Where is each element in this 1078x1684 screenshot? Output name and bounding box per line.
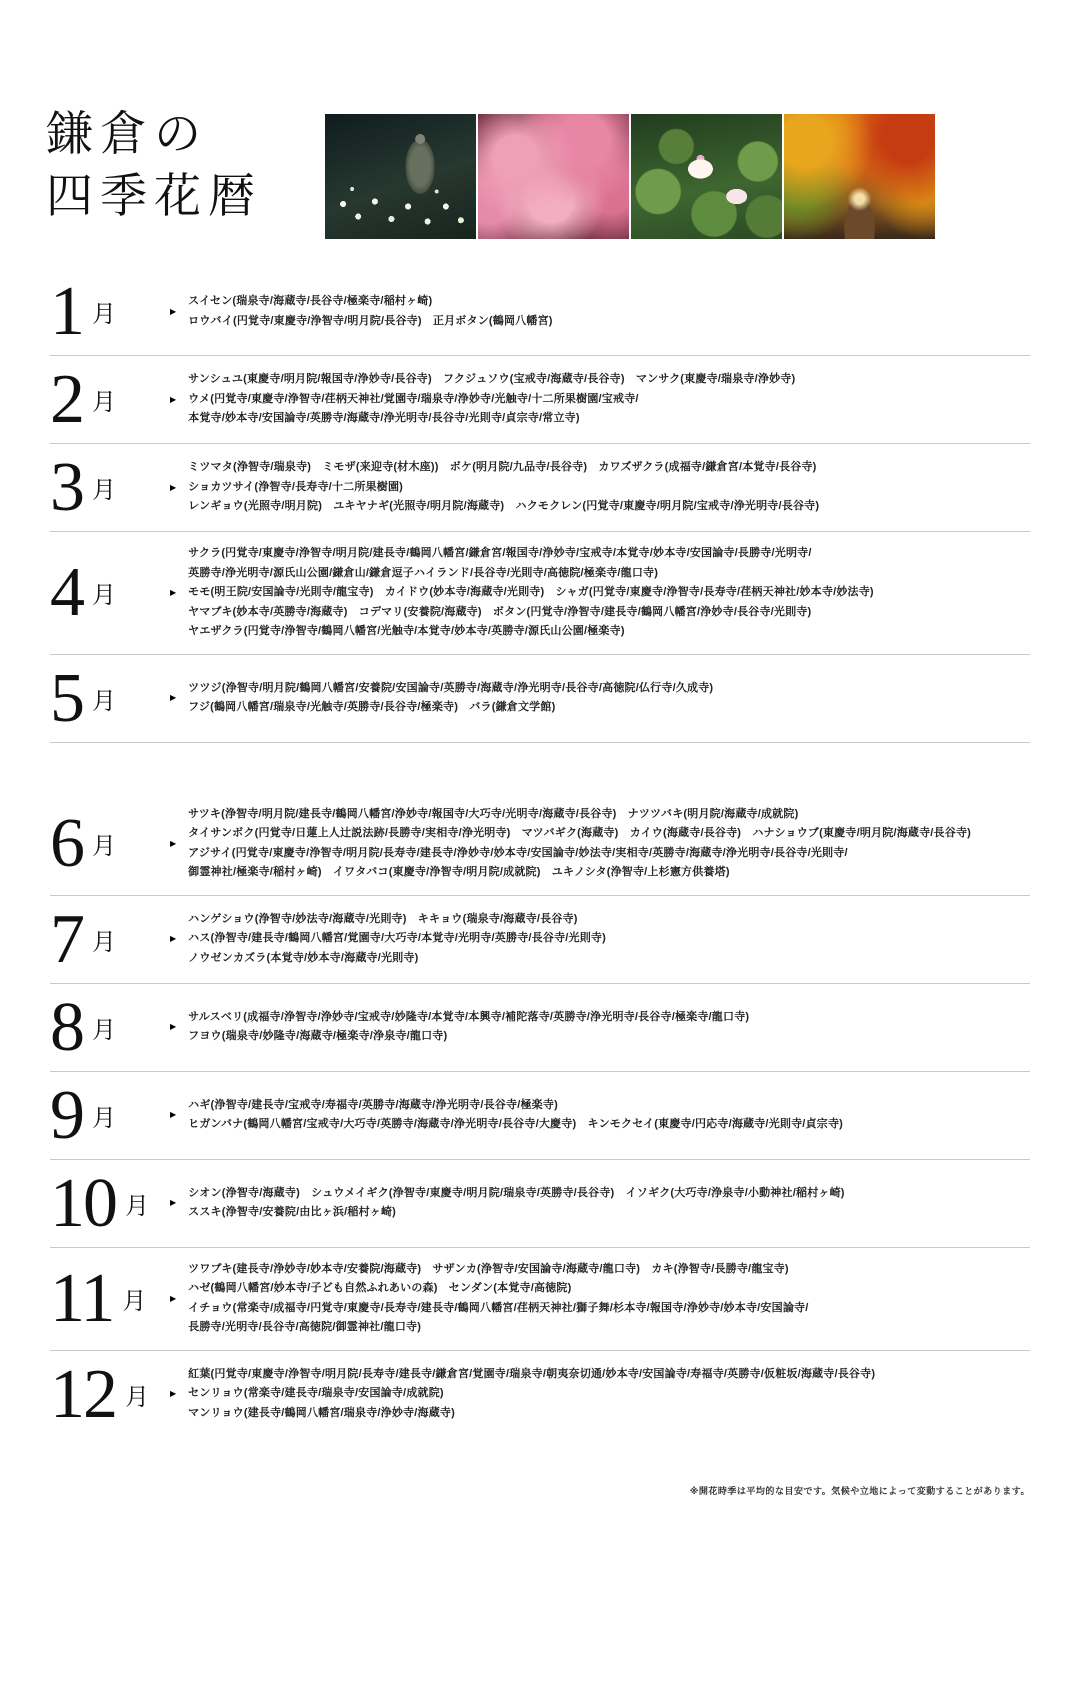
flower-line: ハス(浄智寺/建長寺/鶴岡八幡宮/覚園寺/大巧寺/本覚寺/光明寺/英勝寺/長谷寺…: [188, 929, 1030, 949]
month-number: 12: [50, 1363, 116, 1426]
month-label: 10 月: [50, 1172, 168, 1235]
month-section: 1 月 ▶ スイセン(瑞泉寺/海蔵寺/長谷寺/極楽寺/稲村ヶ崎)ロウバイ(円覚寺…: [50, 268, 1030, 355]
month-section: 11 月 ▶ ツワブキ(建長寺/浄妙寺/妙本寺/安養院/海蔵寺) サザンカ(浄智…: [50, 1247, 1030, 1350]
flower-line: サツキ(浄智寺/明月院/建長寺/鶴岡八幡宮/浄妙寺/報国寺/大巧寺/光明寺/海蔵…: [188, 805, 1030, 825]
triangle-bullet-icon: ▶: [170, 935, 176, 943]
flower-line: イチョウ(常楽寺/成福寺/円覚寺/東慶寺/長寿寺/建長寺/鶴岡八幡宮/荏柄天神社…: [188, 1299, 1030, 1319]
flower-line: センリョウ(常楽寺/建長寺/瑞泉寺/安国論寺/成就院): [188, 1384, 1030, 1404]
month-unit: 月: [92, 575, 116, 610]
photo-spring-blossoms: [478, 114, 629, 239]
triangle-bullet-icon: ▶: [170, 1111, 176, 1119]
month-number: 3: [50, 456, 83, 519]
flower-line: ショカツサイ(浄智寺/長寿寺/十二所果樹園): [188, 478, 1030, 498]
flower-lines: スイセン(瑞泉寺/海蔵寺/長谷寺/極楽寺/稲村ヶ崎)ロウバイ(円覚寺/東慶寺/浄…: [188, 292, 1030, 331]
triangle-bullet-icon: ▶: [170, 1390, 176, 1398]
flower-lines: ハギ(浄智寺/建長寺/宝戒寺/寿福寺/英勝寺/海蔵寺/浄光明寺/長谷寺/極楽寺)…: [188, 1096, 1030, 1135]
flower-lines: ミツマタ(浄智寺/瑞泉寺) ミモザ(来迎寺(材木座)) ボケ(明月院/九品寺/長…: [188, 458, 1030, 517]
flower-line: ヤマブキ(妙本寺/英勝寺/海蔵寺) コデマリ(安養院/海蔵寺) ボタン(円覚寺/…: [188, 603, 1030, 623]
month-number: 10: [50, 1172, 116, 1235]
month-number: 1: [50, 280, 83, 343]
flower-line: ノウゼンカズラ(本覚寺/妙本寺/海蔵寺/光則寺): [188, 949, 1030, 969]
month-label: 2 月: [50, 368, 168, 431]
month-label: 9 月: [50, 1084, 168, 1147]
triangle-bullet-icon: ▶: [170, 1295, 176, 1303]
flower-line: 紅葉(円覚寺/東慶寺/浄智寺/明月院/長寿寺/建長寺/鎌倉宮/覚園寺/瑞泉寺/朝…: [188, 1365, 1030, 1385]
month-section: 8 月 ▶ サルスベリ(成福寺/浄智寺/浄妙寺/宝戒寺/妙隆寺/本覚寺/本興寺/…: [50, 983, 1030, 1071]
month-unit: 月: [92, 382, 116, 417]
month-number: 9: [50, 1084, 83, 1147]
page-title-line1: 鎌倉の: [46, 109, 208, 161]
flower-line: ロウバイ(円覚寺/東慶寺/浄智寺/明月院/長谷寺) 正月ボタン(鶴岡八幡宮): [188, 312, 1030, 332]
month-number: 8: [50, 996, 83, 1059]
page-title: 鎌倉の四季花暦: [46, 104, 262, 228]
month-unit: 月: [92, 1010, 116, 1045]
flower-lines: サンシュユ(東慶寺/明月院/報国寺/浄妙寺/長谷寺) フクジュソウ(宝戒寺/海蔵…: [188, 370, 1030, 429]
month-number: 5: [50, 667, 83, 730]
flower-line: 本覚寺/妙本寺/安国論寺/英勝寺/海蔵寺/浄光明寺/長谷寺/光則寺/貞宗寺/常立…: [188, 409, 1030, 429]
flower-lines: ツツジ(浄智寺/明月院/鶴岡八幡宮/安養院/安国論寺/英勝寺/海蔵寺/浄光明寺/…: [188, 679, 1030, 718]
month-section: 4 月 ▶ サクラ(円覚寺/東慶寺/浄智寺/明月院/建長寺/鶴岡八幡宮/鎌倉宮/…: [50, 531, 1030, 654]
flower-line: 御霊神社/極楽寺/稲村ヶ崎) イワタバコ(東慶寺/浄智寺/明月院/成就院) ユキ…: [188, 863, 1030, 883]
flower-line: シオン(浄智寺/海蔵寺) シュウメイギク(浄智寺/東慶寺/明月院/瑞泉寺/英勝寺…: [188, 1184, 1030, 1204]
flower-line: フジ(鶴岡八幡宮/瑞泉寺/光触寺/英勝寺/長谷寺/極楽寺) バラ(鎌倉文学館): [188, 698, 1030, 718]
photo-winter-narcissus: [325, 114, 476, 239]
flower-line: レンギョウ(光照寺/明月院) ユキヤナギ(光照寺/明月院/海蔵寺) ハクモクレン…: [188, 497, 1030, 517]
month-unit: 月: [92, 470, 116, 505]
month-label: 1 月: [50, 280, 168, 343]
page-title-line2: 四季花暦: [46, 171, 262, 223]
triangle-bullet-icon: ▶: [170, 694, 176, 702]
month-section: 5 月 ▶ ツツジ(浄智寺/明月院/鶴岡八幡宮/安養院/安国論寺/英勝寺/海蔵寺…: [50, 654, 1030, 742]
month-unit: 月: [92, 681, 116, 716]
flower-line: アジサイ(円覚寺/東慶寺/浄智寺/明月院/長寿寺/建長寺/浄妙寺/妙本寺/安国論…: [188, 844, 1030, 864]
triangle-bullet-icon: ▶: [170, 1199, 176, 1207]
flower-line: サルスベリ(成福寺/浄智寺/浄妙寺/宝戒寺/妙隆寺/本覚寺/本興寺/補陀落寺/英…: [188, 1008, 1030, 1028]
month-unit: 月: [125, 1186, 149, 1221]
triangle-bullet-icon: ▶: [170, 589, 176, 597]
month-unit: 月: [92, 826, 116, 861]
month-number: 7: [50, 908, 83, 971]
month-label: 8 月: [50, 996, 168, 1059]
flower-line: ウメ(円覚寺/東慶寺/浄智寺/荏柄天神社/覚園寺/瑞泉寺/浄妙寺/光触寺/十二所…: [188, 390, 1030, 410]
flower-calendar-page: 鎌倉の四季花暦 1 月 ▶ スイセン(瑞泉寺/海蔵寺/長谷寺/極楽寺/稲村ヶ崎)…: [0, 0, 1078, 1497]
flower-line: ツワブキ(建長寺/浄妙寺/妙本寺/安養院/海蔵寺) サザンカ(浄智寺/安国論寺/…: [188, 1260, 1030, 1280]
flower-line: サクラ(円覚寺/東慶寺/浄智寺/明月院/建長寺/鶴岡八幡宮/鎌倉宮/報国寺/浄妙…: [188, 544, 1030, 564]
triangle-bullet-icon: ▶: [170, 1023, 176, 1031]
month-unit: 月: [122, 1281, 146, 1316]
flower-line: フヨウ(瑞泉寺/妙隆寺/海蔵寺/極楽寺/浄泉寺/龍口寺): [188, 1027, 1030, 1047]
flower-line: ハンゲショウ(浄智寺/妙法寺/海蔵寺/光則寺) キキョウ(瑞泉寺/海蔵寺/長谷寺…: [188, 910, 1030, 930]
month-section: 6 月 ▶ サツキ(浄智寺/明月院/建長寺/鶴岡八幡宮/浄妙寺/報国寺/大巧寺/…: [50, 742, 1030, 895]
flower-line: ミツマタ(浄智寺/瑞泉寺) ミモザ(来迎寺(材木座)) ボケ(明月院/九品寺/長…: [188, 458, 1030, 478]
triangle-bullet-icon: ▶: [170, 396, 176, 404]
flower-lines: ハンゲショウ(浄智寺/妙法寺/海蔵寺/光則寺) キキョウ(瑞泉寺/海蔵寺/長谷寺…: [188, 910, 1030, 969]
season-photo-strip: [325, 114, 935, 239]
flower-line: ヒガンバナ(鶴岡八幡宮/宝戒寺/大巧寺/英勝寺/海蔵寺/浄光明寺/長谷寺/大慶寺…: [188, 1115, 1030, 1135]
flower-lines: サクラ(円覚寺/東慶寺/浄智寺/明月院/建長寺/鶴岡八幡宮/鎌倉宮/報国寺/浄妙…: [188, 544, 1030, 642]
photo-autumn-foliage: [784, 114, 935, 239]
month-unit: 月: [92, 1098, 116, 1133]
flower-line: ハゼ(鶴岡八幡宮/妙本寺/子ども自然ふれあいの森) センダン(本覚寺/高徳院): [188, 1279, 1030, 1299]
flower-line: 英勝寺/浄光明寺/源氏山公園/鎌倉山/鎌倉逗子ハイランド/長谷寺/光則寺/高徳院…: [188, 564, 1030, 584]
month-number: 6: [50, 812, 83, 875]
triangle-bullet-icon: ▶: [170, 840, 176, 848]
flower-line: スイセン(瑞泉寺/海蔵寺/長谷寺/極楽寺/稲村ヶ崎): [188, 292, 1030, 312]
month-label: 12 月: [50, 1363, 168, 1426]
month-section: 12 月 ▶ 紅葉(円覚寺/東慶寺/浄智寺/明月院/長寿寺/建長寺/鎌倉宮/覚園…: [50, 1350, 1030, 1438]
month-number: 4: [50, 561, 83, 624]
month-label: 6 月: [50, 812, 168, 875]
flower-line: ツツジ(浄智寺/明月院/鶴岡八幡宮/安養院/安国論寺/英勝寺/海蔵寺/浄光明寺/…: [188, 679, 1030, 699]
header: 鎌倉の四季花暦: [0, 0, 1078, 268]
month-label: 7 月: [50, 908, 168, 971]
month-section: 3 月 ▶ ミツマタ(浄智寺/瑞泉寺) ミモザ(来迎寺(材木座)) ボケ(明月院…: [50, 443, 1030, 531]
flower-line: マンリョウ(建長寺/鶴岡八幡宮/瑞泉寺/浄妙寺/海蔵寺): [188, 1404, 1030, 1424]
flower-lines: ツワブキ(建長寺/浄妙寺/妙本寺/安養院/海蔵寺) サザンカ(浄智寺/安国論寺/…: [188, 1260, 1030, 1338]
footnote: ※開花時季は平均的な目安です。気候や立地によって変動することがあります。: [0, 1484, 1030, 1497]
flower-line: ハギ(浄智寺/建長寺/宝戒寺/寿福寺/英勝寺/海蔵寺/浄光明寺/長谷寺/極楽寺): [188, 1096, 1030, 1116]
month-label: 5 月: [50, 667, 168, 730]
photo-summer-lotus: [631, 114, 782, 239]
month-unit: 月: [125, 1377, 149, 1412]
month-section: 7 月 ▶ ハンゲショウ(浄智寺/妙法寺/海蔵寺/光則寺) キキョウ(瑞泉寺/海…: [50, 895, 1030, 983]
months-list: 1 月 ▶ スイセン(瑞泉寺/海蔵寺/長谷寺/極楽寺/稲村ヶ崎)ロウバイ(円覚寺…: [50, 268, 1030, 1438]
flower-line: タイサンボク(円覚寺/日蓮上人辻説法跡/長勝寺/実相寺/浄光明寺) マツバギク(…: [188, 824, 1030, 844]
month-section: 2 月 ▶ サンシュユ(東慶寺/明月院/報国寺/浄妙寺/長谷寺) フクジュソウ(…: [50, 355, 1030, 443]
flower-lines: サルスベリ(成福寺/浄智寺/浄妙寺/宝戒寺/妙隆寺/本覚寺/本興寺/補陀落寺/英…: [188, 1008, 1030, 1047]
flower-lines: 紅葉(円覚寺/東慶寺/浄智寺/明月院/長寿寺/建長寺/鎌倉宮/覚園寺/瑞泉寺/朝…: [188, 1365, 1030, 1424]
triangle-bullet-icon: ▶: [170, 484, 176, 492]
month-section: 10 月 ▶ シオン(浄智寺/海蔵寺) シュウメイギク(浄智寺/東慶寺/明月院/…: [50, 1159, 1030, 1247]
flower-line: 長勝寺/光明寺/長谷寺/高徳院/御霊神社/龍口寺): [188, 1318, 1030, 1338]
flower-lines: シオン(浄智寺/海蔵寺) シュウメイギク(浄智寺/東慶寺/明月院/瑞泉寺/英勝寺…: [188, 1184, 1030, 1223]
triangle-bullet-icon: ▶: [170, 308, 176, 316]
month-section: 9 月 ▶ ハギ(浄智寺/建長寺/宝戒寺/寿福寺/英勝寺/海蔵寺/浄光明寺/長谷…: [50, 1071, 1030, 1159]
flower-line: ススキ(浄智寺/安養院/由比ヶ浜/稲村ヶ崎): [188, 1203, 1030, 1223]
flower-line: ヤエザクラ(円覚寺/浄智寺/鶴岡八幡宮/光触寺/本覚寺/妙本寺/英勝寺/源氏山公…: [188, 622, 1030, 642]
flower-lines: サツキ(浄智寺/明月院/建長寺/鶴岡八幡宮/浄妙寺/報国寺/大巧寺/光明寺/海蔵…: [188, 805, 1030, 883]
month-number: 11: [50, 1267, 113, 1330]
month-label: 3 月: [50, 456, 168, 519]
month-number: 2: [50, 368, 83, 431]
month-label: 4 月: [50, 561, 168, 624]
month-unit: 月: [92, 922, 116, 957]
month-label: 11 月: [50, 1267, 168, 1330]
flower-line: サンシュユ(東慶寺/明月院/報国寺/浄妙寺/長谷寺) フクジュソウ(宝戒寺/海蔵…: [188, 370, 1030, 390]
flower-line: モモ(明王院/安国論寺/光則寺/龍宝寺) カイドウ(妙本寺/海蔵寺/光則寺) シ…: [188, 583, 1030, 603]
month-unit: 月: [92, 294, 116, 329]
